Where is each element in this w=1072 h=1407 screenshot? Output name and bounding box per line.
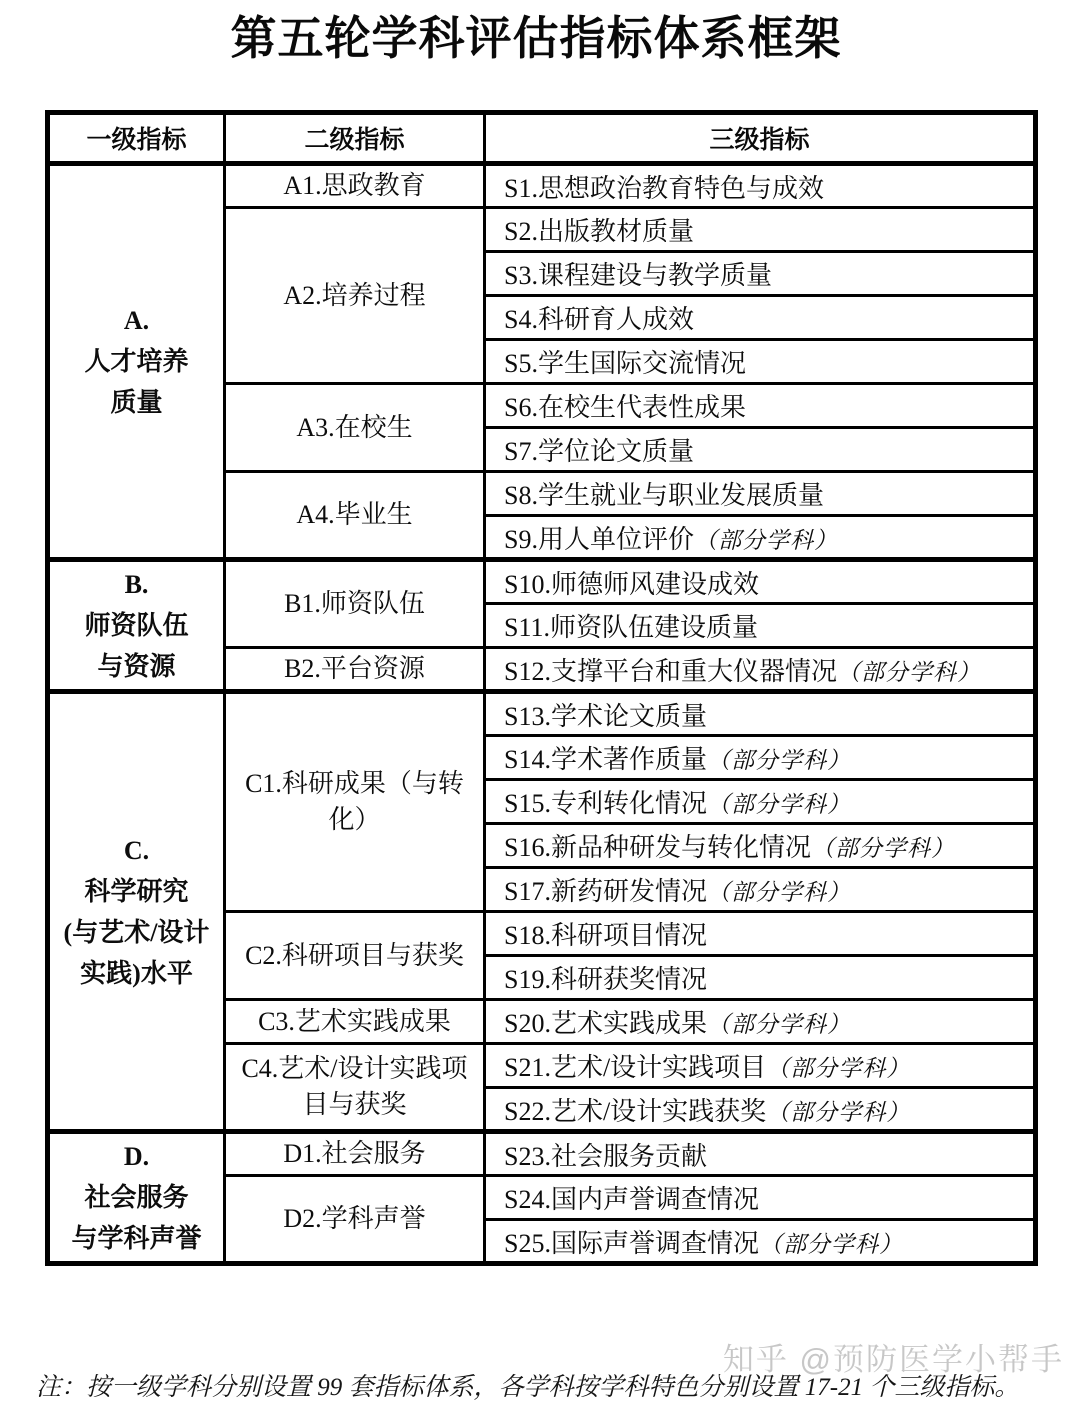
indicator-row: B.师资队伍与资源B1.师资队伍S10.师德师风建设成效 [48,560,1036,604]
page-title: 第五轮学科评估指标体系框架 [0,2,1072,68]
table-header-row: 一级指标 二级指标 三级指标 [48,113,1036,164]
partial-discipline-note: （部分学科） [837,660,981,685]
level3-indicator-text: S6.在校生代表性成果 [504,393,746,422]
level3-indicator-cell: S19.科研获奖情况 [485,956,1036,1000]
level3-indicator-cell: S20.艺术实践成果（部分学科） [485,1000,1036,1044]
level3-indicator-text: S8.学生就业与职业发展质量 [504,481,824,510]
watermark: 知乎 @预防医学小帮手 [723,1334,1064,1379]
level2-indicator-cell: A1.思政教育 [225,164,485,208]
partial-discipline-note: （部分学科） [707,880,851,905]
level3-indicator-text: S13.学术论文质量 [504,702,707,731]
level2-indicator-cell: C2.科研项目与获奖 [225,912,485,1000]
level3-indicator-text: S3.课程建设与教学质量 [504,261,772,290]
level3-indicator-text: S16.新品种研发与转化情况 [504,833,811,862]
level3-indicator-text: S17.新药研发情况 [504,877,707,906]
level3-indicator-cell: S25.国际声誉调查情况（部分学科） [485,1220,1036,1264]
level3-indicator-text: S1.思想政治教育特色与成效 [504,174,824,203]
level3-indicator-text: S22.艺术/设计实践获奖 [504,1097,766,1126]
level1-indicator-cell: A.人才培养质量 [48,164,225,560]
header-level3: 三级指标 [485,113,1036,164]
level3-indicator-cell: S7.学位论文质量 [485,428,1036,472]
level2-indicator-cell: D2.学科声誉 [225,1176,485,1264]
level3-indicator-cell: S1.思想政治教育特色与成效 [485,164,1036,208]
partial-discipline-note: （部分学科） [707,792,851,817]
level3-indicator-cell: S14.学术著作质量（部分学科） [485,736,1036,780]
level3-indicator-text: S20.艺术实践成果 [504,1009,707,1038]
indicator-row: C.科学研究(与艺术/设计实践)水平C1.科研成果（与转化）S13.学术论文质量 [48,692,1036,736]
level3-indicator-cell: S13.学术论文质量 [485,692,1036,736]
level3-indicator-cell: S24.国内声誉调查情况 [485,1176,1036,1220]
level3-indicator-text: S14.学术著作质量 [504,745,707,774]
level1-indicator-cell: B.师资队伍与资源 [48,560,225,692]
level3-indicator-text: S5.学生国际交流情况 [504,349,746,378]
level3-indicator-cell: S18.科研项目情况 [485,912,1036,956]
partial-discipline-note: （部分学科） [694,528,838,553]
level3-indicator-cell: S6.在校生代表性成果 [485,384,1036,428]
level3-indicator-text: S25.国际声誉调查情况 [504,1229,759,1258]
level3-indicator-cell: S10.师德师风建设成效 [485,560,1036,604]
level3-indicator-text: S10.师德师风建设成效 [504,570,759,599]
level3-indicator-text: S21.艺术/设计实践项目 [504,1053,766,1082]
level3-indicator-text: S2.出版教材质量 [504,217,694,246]
level2-indicator-cell: C4.艺术/设计实践项目与获奖 [225,1044,485,1132]
level3-indicator-cell: S22.艺术/设计实践获奖（部分学科） [485,1088,1036,1132]
partial-discipline-note: （部分学科） [766,1100,910,1125]
indicator-row: D.社会服务与学科声誉D1.社会服务S23.社会服务贡献 [48,1132,1036,1176]
level3-indicator-cell: S3.课程建设与教学质量 [485,252,1036,296]
partial-discipline-note: （部分学科） [759,1232,903,1257]
level2-indicator-cell: A4.毕业生 [225,472,485,560]
level2-indicator-cell: C3.艺术实践成果 [225,1000,485,1044]
header-level2: 二级指标 [225,113,485,164]
level3-indicator-cell: S5.学生国际交流情况 [485,340,1036,384]
indicator-row: A.人才培养质量A1.思政教育S1.思想政治教育特色与成效 [48,164,1036,208]
level3-indicator-cell: S8.学生就业与职业发展质量 [485,472,1036,516]
indicator-table: 一级指标 二级指标 三级指标 A.人才培养质量A1.思政教育S1.思想政治教育特… [45,110,1038,1266]
level3-indicator-cell: S16.新品种研发与转化情况（部分学科） [485,824,1036,868]
level2-indicator-cell: D1.社会服务 [225,1132,485,1176]
level3-indicator-text: S24.国内声誉调查情况 [504,1185,759,1214]
level3-indicator-cell: S4.科研育人成效 [485,296,1036,340]
level3-indicator-cell: S23.社会服务贡献 [485,1132,1036,1176]
level3-indicator-cell: S11.师资队伍建设质量 [485,604,1036,648]
level3-indicator-cell: S9.用人单位评价（部分学科） [485,516,1036,560]
level3-indicator-text: S15.专利转化情况 [504,789,707,818]
level3-indicator-cell: S15.专利转化情况（部分学科） [485,780,1036,824]
level2-indicator-cell: B2.平台资源 [225,648,485,692]
level2-indicator-cell: A2.培养过程 [225,208,485,384]
level3-indicator-cell: S2.出版教材质量 [485,208,1036,252]
level3-indicator-text: S7.学位论文质量 [504,437,694,466]
level1-indicator-cell: C.科学研究(与艺术/设计实践)水平 [48,692,225,1132]
level3-indicator-text: S11.师资队伍建设质量 [504,613,758,642]
partial-discipline-note: （部分学科） [766,1056,910,1081]
partial-discipline-note: （部分学科） [707,1012,851,1037]
level3-indicator-text: S12.支撑平台和重大仪器情况 [504,657,837,686]
level3-indicator-text: S23.社会服务贡献 [504,1142,707,1171]
level3-indicator-cell: S21.艺术/设计实践项目（部分学科） [485,1044,1036,1088]
level3-indicator-text: S9.用人单位评价 [504,525,694,554]
level3-indicator-cell: S17.新药研发情况（部分学科） [485,868,1036,912]
level2-indicator-cell: B1.师资队伍 [225,560,485,648]
level1-indicator-cell: D.社会服务与学科声誉 [48,1132,225,1264]
level2-indicator-cell: C1.科研成果（与转化） [225,692,485,912]
level2-indicator-cell: A3.在校生 [225,384,485,472]
partial-discipline-note: （部分学科） [707,748,851,773]
header-level1: 一级指标 [48,113,225,164]
level3-indicator-text: S4.科研育人成效 [504,305,694,334]
level3-indicator-text: S19.科研获奖情况 [504,965,707,994]
level3-indicator-text: S18.科研项目情况 [504,921,707,950]
indicator-table-body: A.人才培养质量A1.思政教育S1.思想政治教育特色与成效A2.培养过程S2.出… [48,164,1036,1264]
level3-indicator-cell: S12.支撑平台和重大仪器情况（部分学科） [485,648,1036,692]
partial-discipline-note: （部分学科） [811,836,955,861]
